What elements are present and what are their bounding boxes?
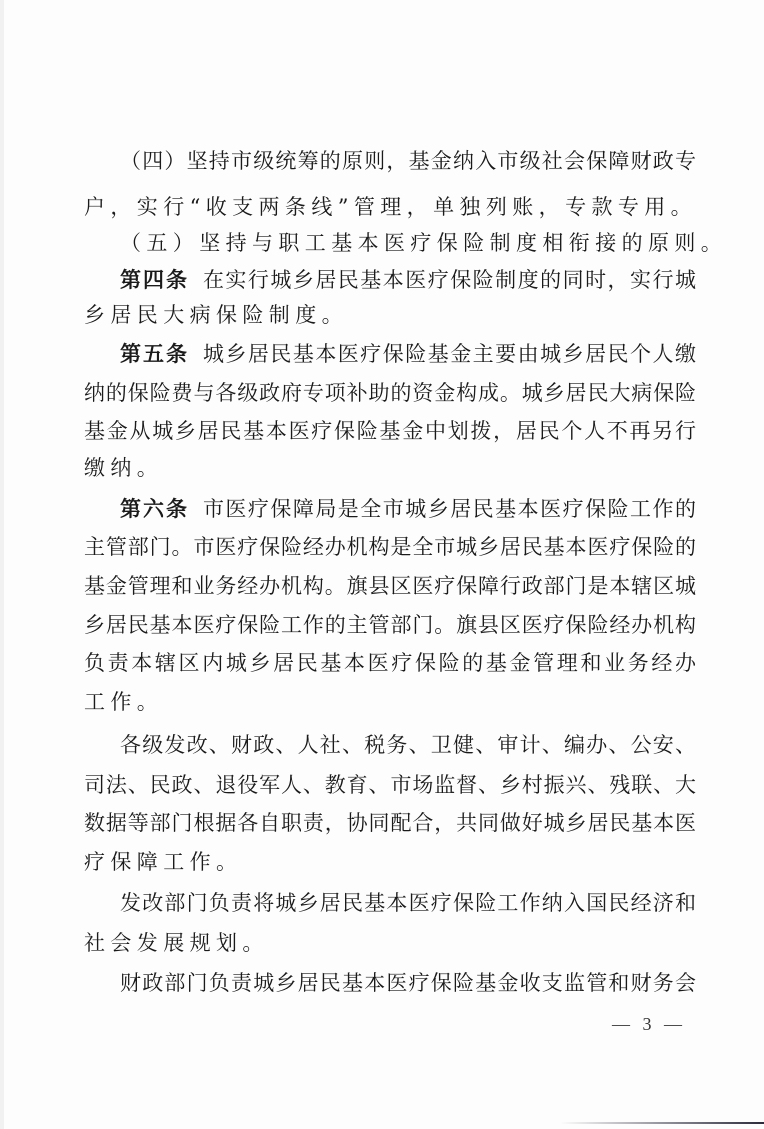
article-text: 市医疗保障局是全市城乡居民基本医疗保险工作的 — [203, 497, 696, 521]
text-line: 司法、民政、退役军人、教育、市场监督、乡村振兴、残联、大 — [84, 766, 696, 804]
article-line: 第四条在实行城乡居民基本医疗保险制度的同时，实行城 — [120, 261, 696, 299]
text-line: 负责本辖区内城乡居民基本医疗保险的基金管理和业务经办 — [84, 644, 696, 682]
text-line: 户，实行“收支两条线”管理，单独列账，专款专用。 — [84, 188, 696, 226]
scan-edge-line — [560, 1122, 764, 1124]
page-number: — 3 — — [612, 1014, 686, 1035]
article-text: 城乡居民基本医疗保险基金主要由城乡居民个人缴 — [203, 342, 696, 366]
text-line: 发改部门负责将城乡居民基本医疗保险工作纳入国民经济和 — [120, 884, 696, 922]
text-line: 工作。 — [84, 683, 696, 721]
text-line: 乡居民大病保险制度。 — [84, 296, 696, 334]
text-line: 缴纳。 — [84, 449, 696, 487]
text-line: （四）坚持市级统筹的原则，基金纳入市级社会保障财政专 — [120, 142, 696, 180]
text-line: 疗保障工作。 — [84, 843, 696, 881]
text-line: 基金管理和业务经办机构。旗县区医疗保障行政部门是本辖区城 — [84, 567, 696, 605]
text-line: 乡居民基本医疗保险工作的主管部门。旗县区医疗保险经办机构 — [84, 606, 696, 644]
text-line: 基金从城乡居民基本医疗保险基金中划拨，居民个人不再另行 — [84, 412, 696, 450]
text-line: 数据等部门根据各自职责，协同配合，共同做好城乡居民基本医 — [84, 804, 696, 842]
article-text: 在实行城乡居民基本医疗保险制度的同时，实行城 — [203, 268, 696, 292]
text-line: 财政部门负责城乡居民基本医疗保险基金收支监管和财务会 — [120, 964, 696, 1002]
document-page: （四）坚持市级统筹的原则，基金纳入市级社会保障财政专 户，实行“收支两条线”管理… — [0, 0, 764, 1129]
article-heading: 第五条 — [120, 342, 189, 366]
article-line: 第六条市医疗保障局是全市城乡居民基本医疗保险工作的 — [120, 490, 696, 528]
text-line: （五）坚持与职工基本医疗保险制度相衔接的原则。 — [120, 224, 732, 262]
text-line: 各级发改、财政、人社、税务、卫健、审计、编办、公安、 — [120, 726, 696, 764]
article-line: 第五条城乡居民基本医疗保险基金主要由城乡居民个人缴 — [120, 335, 696, 373]
text-line: 主管部门。市医疗保险经办机构是全市城乡居民基本医疗保险的 — [84, 528, 696, 566]
text-line: 社会发展规划。 — [84, 924, 696, 962]
text-line: 纳的保险费与各级政府专项补助的资金构成。城乡居民大病保险 — [84, 374, 696, 412]
scan-edge-shadow — [0, 0, 4, 1129]
article-heading: 第六条 — [120, 497, 189, 521]
article-heading: 第四条 — [120, 268, 189, 292]
